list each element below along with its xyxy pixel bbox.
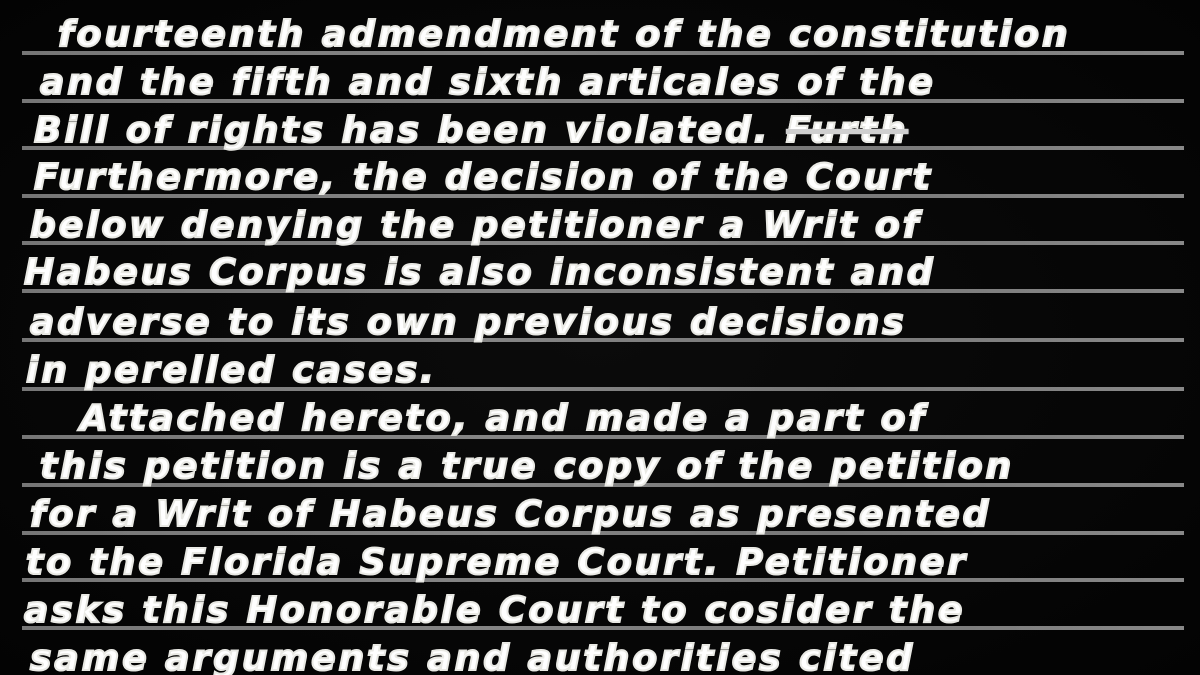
line-7-text: adverse to its own previous decisions — [30, 302, 907, 343]
line-10-text: this petition is a true copy of the peti… — [40, 446, 1014, 487]
handwritten-line-7: adverse to its own previous decisions — [30, 302, 907, 343]
line-2-text: and the fifth and sixth articales of the — [40, 62, 936, 103]
handwritten-line-3: Bill of rights has been violated. Furth — [34, 110, 908, 151]
handwritten-line-10: this petition is a true copy of the peti… — [40, 446, 1014, 487]
struck-out-word: Furth — [786, 110, 908, 151]
handwritten-line-2: and the fifth and sixth articales of the — [40, 62, 936, 103]
line-8-text: in perelled cases. — [26, 350, 437, 391]
handwritten-line-5: below denying the petitioner a Writ of — [30, 205, 921, 246]
handwritten-line-13: asks this Honorable Court to cosider the — [24, 590, 965, 631]
line-1-text: fourteenth admendment of the constitutio… — [58, 14, 1071, 55]
handwritten-page: fourteenth admendment of the constitutio… — [0, 0, 1200, 675]
line-3-text: Bill of rights has been violated. — [34, 110, 770, 151]
line-5-text: below denying the petitioner a Writ of — [30, 205, 921, 246]
handwritten-line-14: same arguments and authorities cited — [30, 638, 915, 675]
line-14-text: same arguments and authorities cited — [30, 638, 915, 675]
handwritten-line-9: Attached hereto, and made a part of — [80, 398, 927, 439]
handwritten-line-4: Furthermore, the decision of the Court — [34, 157, 933, 198]
handwritten-line-12: to the Florida Supreme Court. Petitioner — [26, 542, 968, 583]
handwritten-line-1: fourteenth admendment of the constitutio… — [58, 14, 1168, 55]
line-12-text: to the Florida Supreme Court. Petitioner — [26, 542, 968, 583]
handwritten-line-11: for a Writ of Habeus Corpus as presented — [30, 494, 991, 535]
handwritten-line-6: Habeus Corpus is also inconsistent and — [24, 252, 936, 293]
line-6-text: Habeus Corpus is also inconsistent and — [24, 252, 936, 293]
line-11-text: for a Writ of Habeus Corpus as presented — [30, 494, 991, 535]
handwritten-line-8: in perelled cases. — [26, 350, 437, 391]
line-9-text: Attached hereto, and made a part of — [80, 398, 927, 439]
line-4-text: Furthermore, the decision of the Court — [34, 157, 933, 198]
line-13-text: asks this Honorable Court to cosider the — [24, 590, 965, 631]
